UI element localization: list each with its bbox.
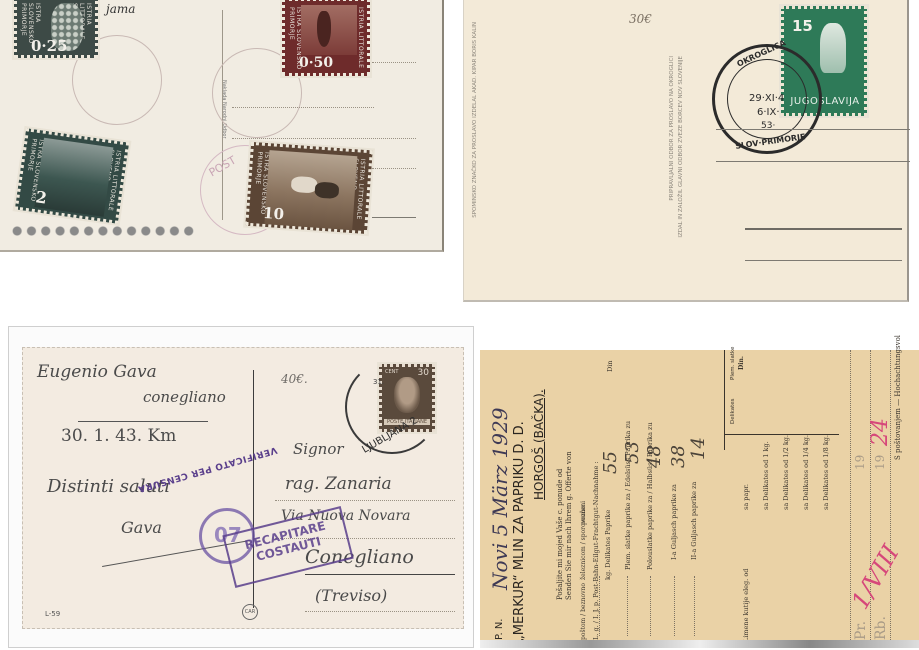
- censor-stamp-verificato: VERIFICATO PER CENSURA: [136, 444, 278, 493]
- tin-row: sa Delikates od 1/2 kg.: [782, 435, 790, 510]
- tin-row: sa Delikates od 1 kg.: [762, 441, 770, 510]
- dotted-leader: [694, 576, 695, 636]
- date-text: 30. 1. 43. Km: [61, 426, 176, 446]
- column-header: Plem. slatke: [730, 347, 736, 380]
- footer-rb: Rb.: [873, 616, 889, 640]
- stamp-cliff: ISTRA SLOVENSKO PRIMORJE ISTRIA LITTORAL…: [15, 128, 129, 224]
- handwritten-date: Novi 5 März 1929: [488, 408, 512, 590]
- stamp-grapes: ISTRA SLOVENSKO PRIMORJE ISTRIA LITTORAL…: [14, 0, 98, 58]
- address-line: [305, 574, 455, 575]
- intro-line-2: Senden Sie mir nach Ihrem g. Offerte von: [565, 451, 573, 600]
- dotted-leader: [599, 576, 600, 636]
- company-location: HORGOŠ (BAČKA).: [532, 389, 546, 500]
- scan-shadow: [480, 640, 919, 648]
- shipping-option: poštom / beznovno: [580, 583, 587, 640]
- postmark-okroglica: OKROGLICA SLOV·PRIMORJE 29·XI·4 6·IX· 53…: [712, 44, 822, 154]
- address-line: [745, 228, 902, 230]
- postcard-okroglica: 30€ SPOMINSKO ZNAČKO ZA PROSLAVO IZDELAL…: [463, 0, 909, 302]
- publisher-logo: CAR: [242, 604, 258, 620]
- tin-row: sa Delikates od 1/4 kg.: [802, 435, 810, 510]
- address-line: [305, 611, 455, 612]
- intro-line-1: Pošaljite mi mojed Vaše c. ponude od: [556, 469, 564, 600]
- address-line: [372, 62, 416, 63]
- footer-year: 19: [853, 455, 867, 470]
- postcard-ljubljana-censored: 40€. Eugenio Gava conegliano 30. 1. 43. …: [22, 347, 464, 629]
- card-number: L-59: [45, 610, 60, 618]
- company-name: „MERKUR“ MLIN ZA PAPRIKU D. D.: [512, 421, 527, 642]
- underline: [78, 421, 208, 422]
- caption-text: jama: [106, 2, 135, 16]
- unit-label: Din: [606, 361, 614, 372]
- recipient-name: rag. Zanaria: [285, 474, 392, 494]
- price-handwritten: 48: [644, 445, 665, 468]
- order-line-label: kg. Delikates Paprike: [604, 510, 612, 580]
- sender-name: Eugenio Gava: [37, 362, 157, 382]
- donkey-illustration: [301, 5, 357, 55]
- footer-line: [890, 350, 891, 648]
- price-handwritten: 53: [622, 441, 643, 464]
- dotted-leader: [627, 576, 628, 636]
- price-handwritten: 55: [600, 451, 621, 474]
- column-header: Delikates: [730, 398, 736, 424]
- order-line-label: I-a Guljasch paprike za: [670, 484, 678, 560]
- address-line: [372, 217, 416, 218]
- footer-sign-off: S poštovanjem — Hochachtungsvol: [894, 335, 902, 460]
- postmark-date: 31.: [373, 378, 384, 386]
- decorative-circle-band: [10, 225, 195, 237]
- recipient-province: (Treviso): [315, 586, 387, 605]
- dotted-leader: [650, 576, 651, 636]
- address-line: [275, 500, 455, 501]
- column-header: Din.: [738, 356, 745, 370]
- shipping-option: poučeni: [580, 501, 587, 525]
- table-rule: [724, 350, 725, 450]
- tin-row: sa Delikates od 1/8 kg.: [822, 435, 830, 510]
- tin-row: sa papr.: [742, 484, 750, 510]
- postcard-istria-stamps: jama Naklada Narodni Odbor POST ISTRA SL…: [0, 0, 444, 252]
- signature: Gava: [121, 518, 162, 537]
- committee-text: PRIPRAVLJALNI ODBOR ZA PROSLAVO NA OKROG…: [669, 56, 675, 201]
- price-note: 40€.: [281, 372, 308, 386]
- cliff-illustration: [34, 138, 113, 217]
- order-card-merkur: P. N. Novi 5 März 1929 „MERKUR“ MLIN ZA …: [480, 350, 919, 648]
- publisher-text: IZDAL IN ZALOŽIL GLAVNI ODBOR ZVEZE BORC…: [678, 56, 684, 238]
- dotted-leader: [674, 576, 675, 636]
- price-handwritten: 38: [668, 445, 689, 468]
- prefix-pn: P. N.: [494, 619, 505, 641]
- footer-year: 19: [873, 455, 887, 470]
- recipient-title: Signor: [293, 440, 344, 458]
- sculptor-credit: SPOMINSKO ZNAČKO ZA PROSLAVO IZDELAL AKA…: [472, 22, 478, 218]
- price-handwritten: 14: [688, 437, 709, 460]
- address-line: [745, 260, 902, 261]
- stamp-donkey: ISTRA SLOVENSKO PRIMORJE ISTRIA LITTORAL…: [282, 0, 370, 76]
- stamp-oxen: ISTRA SLOVENSKO PRIMORJE ISTRIA LITTORAL…: [245, 142, 373, 234]
- address-line: [716, 129, 910, 130]
- address-line: [232, 138, 416, 139]
- tin-label: Limene kutije eleg. od: [742, 569, 750, 642]
- red-annotation: 1/VIII: [846, 540, 905, 614]
- sender-town: conegliano: [143, 388, 226, 406]
- red-year-handwritten: 24: [868, 418, 893, 446]
- figure-illustration: [820, 23, 846, 73]
- address-line: [232, 107, 374, 108]
- address-line: [716, 161, 910, 162]
- footer-pr: Pr.: [853, 621, 869, 640]
- price-note: 30€: [629, 12, 652, 26]
- address-line: [372, 168, 416, 169]
- order-line-label: II-a Guljasch paprike za: [690, 482, 698, 560]
